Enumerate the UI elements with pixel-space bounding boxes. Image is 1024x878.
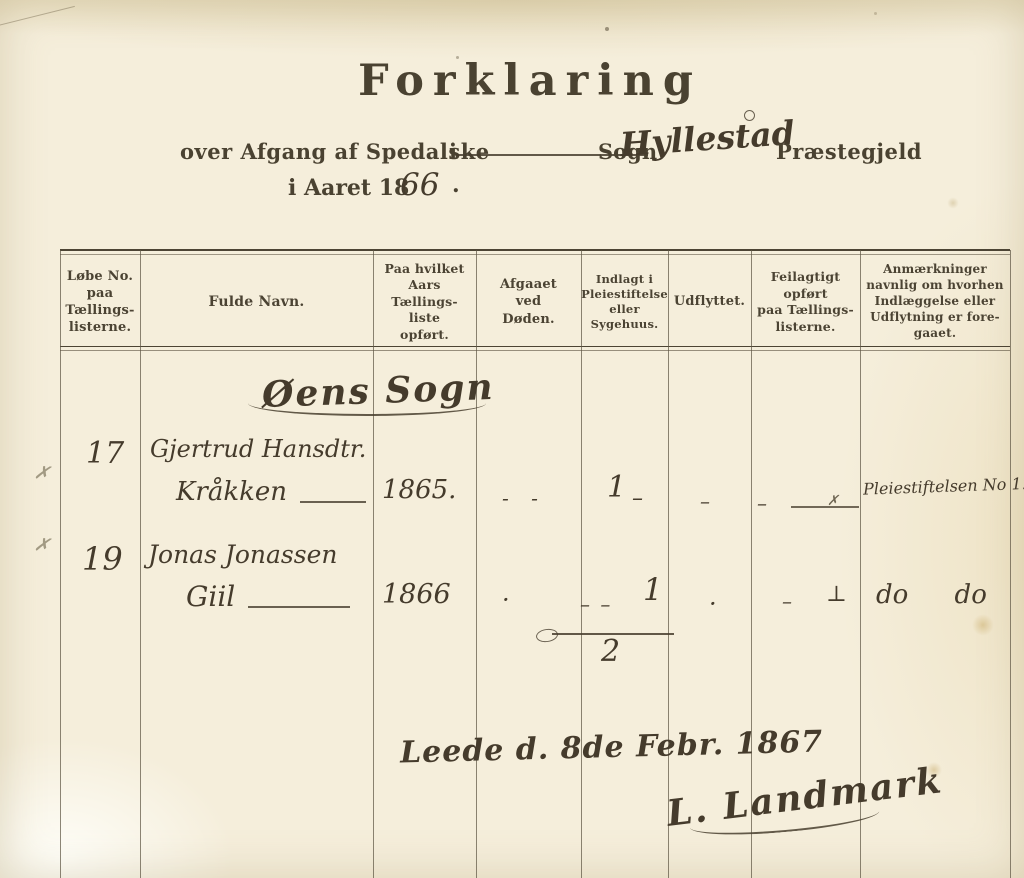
row-moved-out-mark: · xyxy=(709,590,717,618)
year-period: . xyxy=(452,172,460,198)
row-admitted-dash: – xyxy=(632,486,643,511)
column-header-aars-taellingsliste: Paa hvilket Aars Tællings- liste opført. xyxy=(373,257,476,347)
wrongly-listed-cross: ✗ xyxy=(827,493,839,509)
table-top-rule-2 xyxy=(60,254,1010,255)
name-dash xyxy=(248,606,350,608)
year-line-printed: i Aaret 18 xyxy=(288,175,409,201)
column-header-anmaerkninger: Anmærkninger navnlig om hvorhen Indlægge… xyxy=(860,257,1010,347)
subtitle-suffix: Præstegjeld xyxy=(776,139,922,164)
wrongly-listed-dash xyxy=(791,506,859,508)
row-name-line1: Gjertrud Hansdtr. xyxy=(150,435,366,463)
row-number: 19 xyxy=(82,540,123,578)
row-died-marks: · xyxy=(502,586,510,614)
subtitle-prefix: over Afgang af Spedalske xyxy=(180,139,490,164)
row-year: 1866 xyxy=(382,579,451,610)
page-title: Forklaring xyxy=(18,56,1024,106)
margin-mark: ✗ xyxy=(33,461,52,485)
row-wrongly-listed-mark: – xyxy=(782,589,792,613)
row-name-line1: Jonas Jonassen xyxy=(148,540,338,569)
row-admitted: 1 xyxy=(643,572,663,608)
sum-flourish-loop xyxy=(535,628,559,644)
dateline: Leede d. 8de Febr. 1867 xyxy=(400,724,824,770)
document-page: Forklaring over Afgang af Spedalske i So… xyxy=(0,0,1024,878)
column-header-lobe-no: Løbe No. paa Tællings- listerne. xyxy=(60,257,140,347)
row-number: 17 xyxy=(86,436,124,471)
column-header-afgaaet-ved-doden: Afgaaet ved Døden. xyxy=(476,257,581,347)
column-header-fulde-navn: Fulde Navn. xyxy=(140,257,373,347)
row-remark: do do xyxy=(876,580,987,610)
subtitle-struck-i: i xyxy=(449,139,457,164)
row-year: 1865. xyxy=(382,475,456,505)
ink-speck xyxy=(874,12,877,15)
wrongly-listed-cross: ⊥ xyxy=(826,582,847,607)
column-divider xyxy=(1010,250,1011,878)
column-header-udflyttet: Udflyttet. xyxy=(668,257,751,347)
row-remark: Pleiestiftelsen No 1. xyxy=(863,474,1016,498)
ink-speck xyxy=(605,27,609,31)
row-admitted: 1 xyxy=(607,470,626,505)
row-name-line2: Kråkken xyxy=(176,477,287,507)
year-handwritten: 66 xyxy=(400,167,439,203)
flourish-mark xyxy=(744,110,755,121)
column-header-feilagtigt: Feilagtigt opført paa Tællings- listerne… xyxy=(751,257,860,347)
row-wrongly-listed-mark: – xyxy=(757,491,767,515)
row-name-line2: Giil xyxy=(186,580,235,613)
table-top-rule xyxy=(60,249,1010,251)
column-header-indlagt: Indlagt i Pleiestiftelse eller Sygehuus. xyxy=(581,257,668,347)
row-died-extra-marks: – – xyxy=(580,592,610,616)
header-bottom-rule-2 xyxy=(60,350,1010,351)
admitted-total: 2 xyxy=(601,634,620,669)
parish-name-handwritten: Hyllestad xyxy=(619,113,796,164)
row-died-marks: - - xyxy=(502,486,538,510)
name-dash xyxy=(300,501,366,503)
row-moved-out-mark: – xyxy=(700,489,710,513)
margin-mark: ✗ xyxy=(33,533,52,557)
crease-mark xyxy=(0,6,75,27)
